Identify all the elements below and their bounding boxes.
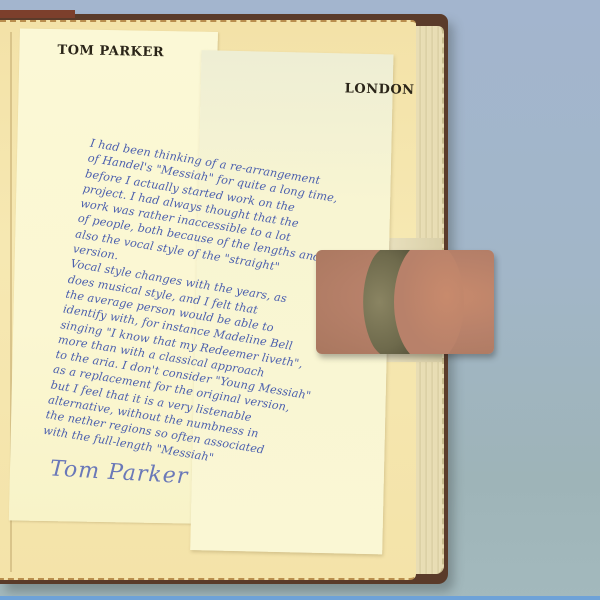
handwritten-text: I had been thinking of a re-arrangement …	[42, 136, 346, 480]
letterhead-city: LONDON	[345, 81, 415, 98]
photo-scene: TOM PARKER LONDON I had been thinking of…	[0, 0, 600, 600]
leather-clasp	[316, 250, 494, 354]
letterhead-name: TOM PARKER	[57, 43, 164, 60]
clasp-band-curve	[394, 250, 464, 354]
bottom-edge-strip	[0, 596, 600, 600]
book-cover-corner	[0, 10, 75, 18]
